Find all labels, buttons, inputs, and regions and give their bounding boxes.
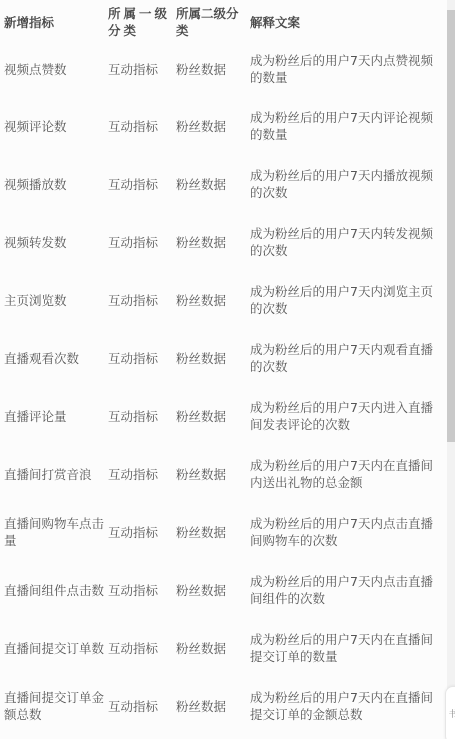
table-row: 主页浏览数互动指标粉丝数据成为粉丝后的用户7天内浏览主页的次数: [0, 271, 447, 329]
cell-level2: 粉丝数据: [176, 445, 250, 503]
cell-level2: 粉丝数据: [176, 329, 250, 387]
cell-level1: 互动指标: [106, 503, 176, 561]
cell-level1: 互动指标: [106, 97, 176, 155]
cell-level1: 互动指标: [106, 677, 176, 735]
cell-description: 成为粉丝后的用户7天内点击直播间购物车的次数: [250, 503, 447, 561]
cell-metric: 直播评论量: [0, 387, 106, 445]
cell-description: 成为粉丝后的用户7天内进入直播间发表评论的次数: [250, 387, 447, 445]
cell-level2: 粉丝数据: [176, 271, 250, 329]
cell-level1: 互动指标: [106, 155, 176, 213]
cell-description: 成为粉丝后的用户7天内浏览主页的次数: [250, 271, 447, 329]
cell-level2: 粉丝数据: [176, 213, 250, 271]
cell-level2: 粉丝数据: [176, 387, 250, 445]
cell-level1: 互动指标: [106, 213, 176, 271]
cell-level2: 粉丝数据: [176, 561, 250, 619]
table-row: 视频转发数互动指标粉丝数据成为粉丝后的用户7天内转发视频的次数: [0, 213, 447, 271]
metrics-table: 新增指标 所属一级分类 所属二级分类 解释文案 视频点赞数互动指标粉丝数据成为粉…: [0, 0, 447, 735]
cell-metric: 直播间组件点击数: [0, 561, 106, 619]
cell-description: 成为粉丝后的用户7天内在直播间内送出礼物的总金额: [250, 445, 447, 503]
cell-metric: 视频播放数: [0, 155, 106, 213]
cell-level1: 互动指标: [106, 271, 176, 329]
cell-level2: 粉丝数据: [176, 503, 250, 561]
cell-level2: 粉丝数据: [176, 97, 250, 155]
cell-metric: 直播观看次数: [0, 329, 106, 387]
table-row: 直播间购物车点击量互动指标粉丝数据成为粉丝后的用户7天内点击直播间购物车的次数: [0, 503, 447, 561]
cell-level1: 互动指标: [106, 619, 176, 677]
floating-widget-label: 书: [448, 710, 455, 720]
cell-description: 成为粉丝后的用户7天内评论视频的数量: [250, 97, 447, 155]
table-header-row: 新增指标 所属一级分类 所属二级分类 解释文案: [0, 0, 447, 41]
cell-metric: 直播间提交订单金额总数: [0, 677, 106, 735]
table-row: 直播观看次数互动指标粉丝数据成为粉丝后的用户7天内观看直播的次数: [0, 329, 447, 387]
cell-description: 成为粉丝后的用户7天内在直播间提交订单的数量: [250, 619, 447, 677]
table-row: 视频点赞数互动指标粉丝数据成为粉丝后的用户7天内点赞视频的数量: [0, 41, 447, 97]
table-row: 视频评论数互动指标粉丝数据成为粉丝后的用户7天内评论视频的数量: [0, 97, 447, 155]
table-row: 直播间组件点击数互动指标粉丝数据成为粉丝后的用户7天内点击直播间组件的次数: [0, 561, 447, 619]
article-page: 新增指标 所属一级分类 所属二级分类 解释文案 视频点赞数互动指标粉丝数据成为粉…: [0, 0, 447, 739]
table-row: 直播间提交订单数互动指标粉丝数据成为粉丝后的用户7天内在直播间提交订单的数量: [0, 619, 447, 677]
cell-description: 成为粉丝后的用户7天内转发视频的次数: [250, 213, 447, 271]
cell-metric: 视频转发数: [0, 213, 106, 271]
table-row: 直播间提交订单金额总数互动指标粉丝数据成为粉丝后的用户7天内在直播间提交订单的金…: [0, 677, 447, 735]
cell-description: 成为粉丝后的用户7天内点击直播间组件的次数: [250, 561, 447, 619]
cell-description: 成为粉丝后的用户7天内观看直播的次数: [250, 329, 447, 387]
scrollbar-thumb[interactable]: [447, 10, 455, 442]
cell-metric: 直播间打赏音浪: [0, 445, 106, 503]
cell-level1: 互动指标: [106, 387, 176, 445]
floating-side-widget[interactable]: 书: [445, 686, 455, 739]
cell-level2: 粉丝数据: [176, 677, 250, 735]
table-row: 直播评论量互动指标粉丝数据成为粉丝后的用户7天内进入直播间发表评论的次数: [0, 387, 447, 445]
header-level2: 所属二级分类: [176, 0, 250, 41]
cell-level1: 互动指标: [106, 561, 176, 619]
cell-metric: 直播间提交订单数: [0, 619, 106, 677]
cell-metric: 视频点赞数: [0, 41, 106, 97]
header-level1: 所属一级分类: [106, 0, 176, 41]
table-row: 直播间打赏音浪互动指标粉丝数据成为粉丝后的用户7天内在直播间内送出礼物的总金额: [0, 445, 447, 503]
cell-metric: 视频评论数: [0, 97, 106, 155]
table-row: 视频播放数互动指标粉丝数据成为粉丝后的用户7天内播放视频的次数: [0, 155, 447, 213]
cell-level2: 粉丝数据: [176, 619, 250, 677]
cell-metric: 主页浏览数: [0, 271, 106, 329]
cell-description: 成为粉丝后的用户7天内在直播间提交订单的金额总数: [250, 677, 447, 735]
cell-level1: 互动指标: [106, 445, 176, 503]
cell-level2: 粉丝数据: [176, 41, 250, 97]
cell-metric: 直播间购物车点击量: [0, 503, 106, 561]
cell-level1: 互动指标: [106, 41, 176, 97]
header-description: 解释文案: [250, 0, 447, 41]
cell-description: 成为粉丝后的用户7天内点赞视频的数量: [250, 41, 447, 97]
header-metric: 新增指标: [0, 0, 106, 41]
scrollbar-track[interactable]: [447, 0, 455, 739]
cell-level1: 互动指标: [106, 329, 176, 387]
cell-description: 成为粉丝后的用户7天内播放视频的次数: [250, 155, 447, 213]
cell-level2: 粉丝数据: [176, 155, 250, 213]
